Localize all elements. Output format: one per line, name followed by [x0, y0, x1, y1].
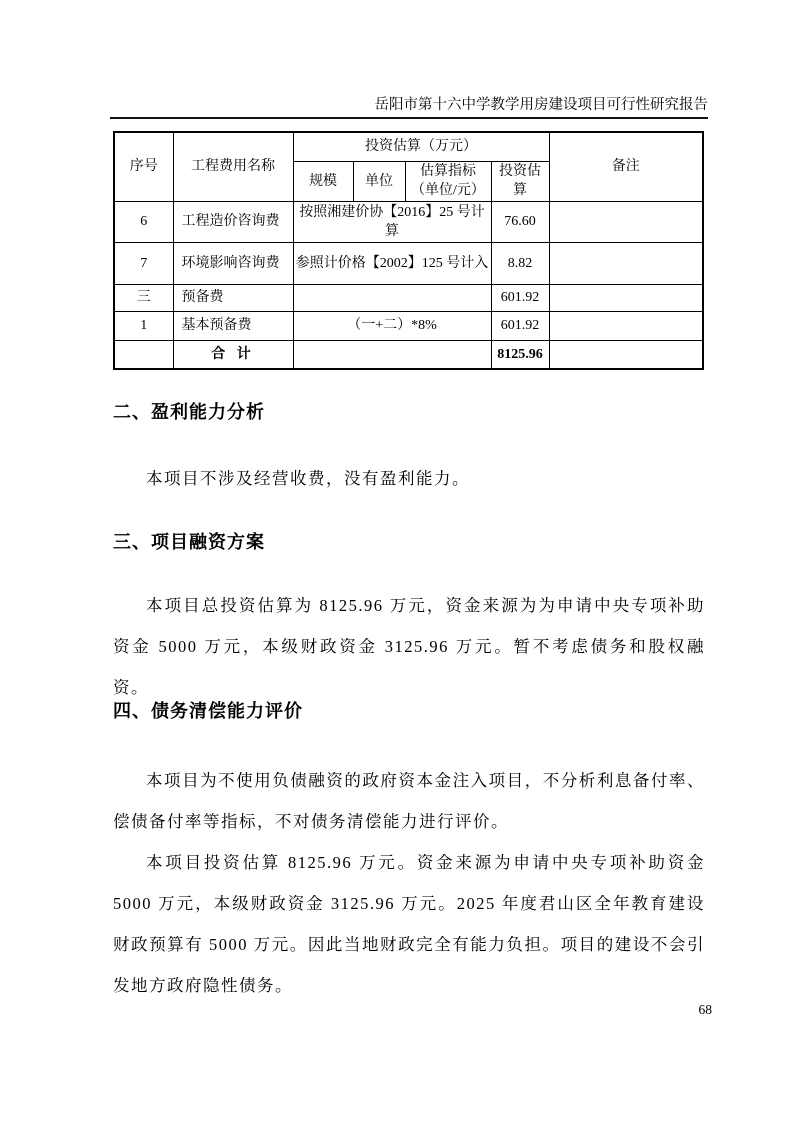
- table-row: 6 工程造价咨询费 按照湘建价协【2016】25 号计算 76.60: [114, 201, 703, 242]
- running-header: 岳阳市第十六中学教学用房建设项目可行性研究报告: [110, 97, 708, 119]
- cell-remark: [549, 242, 703, 284]
- cell-name: 环境影响咨询费: [173, 242, 293, 284]
- paragraph-debt-2: 本项目投资估算 8125.96 万元。资金来源为申请中央专项补助资金 5000 …: [113, 842, 705, 1006]
- cell-seq: 1: [114, 311, 173, 340]
- cell-total-estimate: 8125.96: [491, 340, 549, 369]
- header-cell-unit: 单位: [353, 161, 405, 201]
- table-row: 7 环境影响咨询费 参照计价格【2002】125 号计入 8.82: [114, 242, 703, 284]
- cell-estimate: 601.92: [491, 284, 549, 311]
- paragraph-financing: 本项目总投资估算为 8125.96 万元，资金来源为为申请中央专项补助资金 50…: [113, 585, 705, 708]
- section-heading-profitability: 二、盈利能力分析: [113, 401, 705, 423]
- cell-basis: [293, 340, 491, 369]
- cell-estimate: 601.92: [491, 311, 549, 340]
- document-page: 岳阳市第十六中学教学用房建设项目可行性研究报告 序号 工程费用名称 投资估算（万…: [0, 0, 793, 1122]
- cell-seq: [114, 340, 173, 369]
- page-number: 68: [113, 1002, 712, 1018]
- header-cell-name: 工程费用名称: [173, 132, 293, 201]
- header-cell-index: 估算指标（单位/元）: [405, 161, 491, 201]
- cell-name: 工程造价咨询费: [173, 201, 293, 242]
- cell-basis: [293, 284, 491, 311]
- running-header-title: 岳阳市第十六中学教学用房建设项目可行性研究报告: [375, 97, 709, 113]
- cell-seq: 7: [114, 242, 173, 284]
- table-row: 三 预备费 601.92: [114, 284, 703, 311]
- cell-estimate: 8.82: [491, 242, 549, 284]
- cell-basis: 参照计价格【2002】125 号计入: [293, 242, 491, 284]
- table-row: 1 基本预备费 （一+二）*8% 601.92: [114, 311, 703, 340]
- section-heading-financing: 三、项目融资方案: [113, 531, 705, 553]
- section-heading-debt-repayment: 四、债务清偿能力评价: [113, 700, 705, 722]
- cell-name: 预备费: [173, 284, 293, 311]
- investment-estimate-table: 序号 工程费用名称 投资估算（万元） 备注 规模 单位 估算指标（单位/元） 投…: [113, 131, 704, 370]
- cell-remark: [549, 284, 703, 311]
- cell-seq: 三: [114, 284, 173, 311]
- header-cell-remark: 备注: [549, 132, 703, 201]
- cell-remark: [549, 340, 703, 369]
- cell-remark: [549, 311, 703, 340]
- cell-name: 基本预备费: [173, 311, 293, 340]
- header-cell-scale: 规模: [293, 161, 353, 201]
- header-cell-estimate: 投资估算: [491, 161, 549, 201]
- cell-remark: [549, 201, 703, 242]
- cell-estimate: 76.60: [491, 201, 549, 242]
- investment-estimate-table-wrapper: 序号 工程费用名称 投资估算（万元） 备注 规模 单位 估算指标（单位/元） 投…: [113, 131, 704, 370]
- cell-basis: （一+二）*8%: [293, 311, 491, 340]
- cell-seq: 6: [114, 201, 173, 242]
- paragraph-profitability: 本项目不涉及经营收费，没有盈利能力。: [113, 458, 705, 499]
- header-cell-invest-group: 投资估算（万元）: [293, 132, 549, 161]
- header-cell-seq: 序号: [114, 132, 173, 201]
- cell-total-label: 合 计: [173, 340, 293, 369]
- paragraph-debt-1: 本项目为不使用负债融资的政府资本金注入项目，不分析利息备付率、偿债备付率等指标，…: [113, 760, 705, 842]
- table-total-row: 合 计 8125.96: [114, 340, 703, 369]
- cell-basis: 按照湘建价协【2016】25 号计算: [293, 201, 491, 242]
- table-header-row-1: 序号 工程费用名称 投资估算（万元） 备注: [114, 132, 703, 161]
